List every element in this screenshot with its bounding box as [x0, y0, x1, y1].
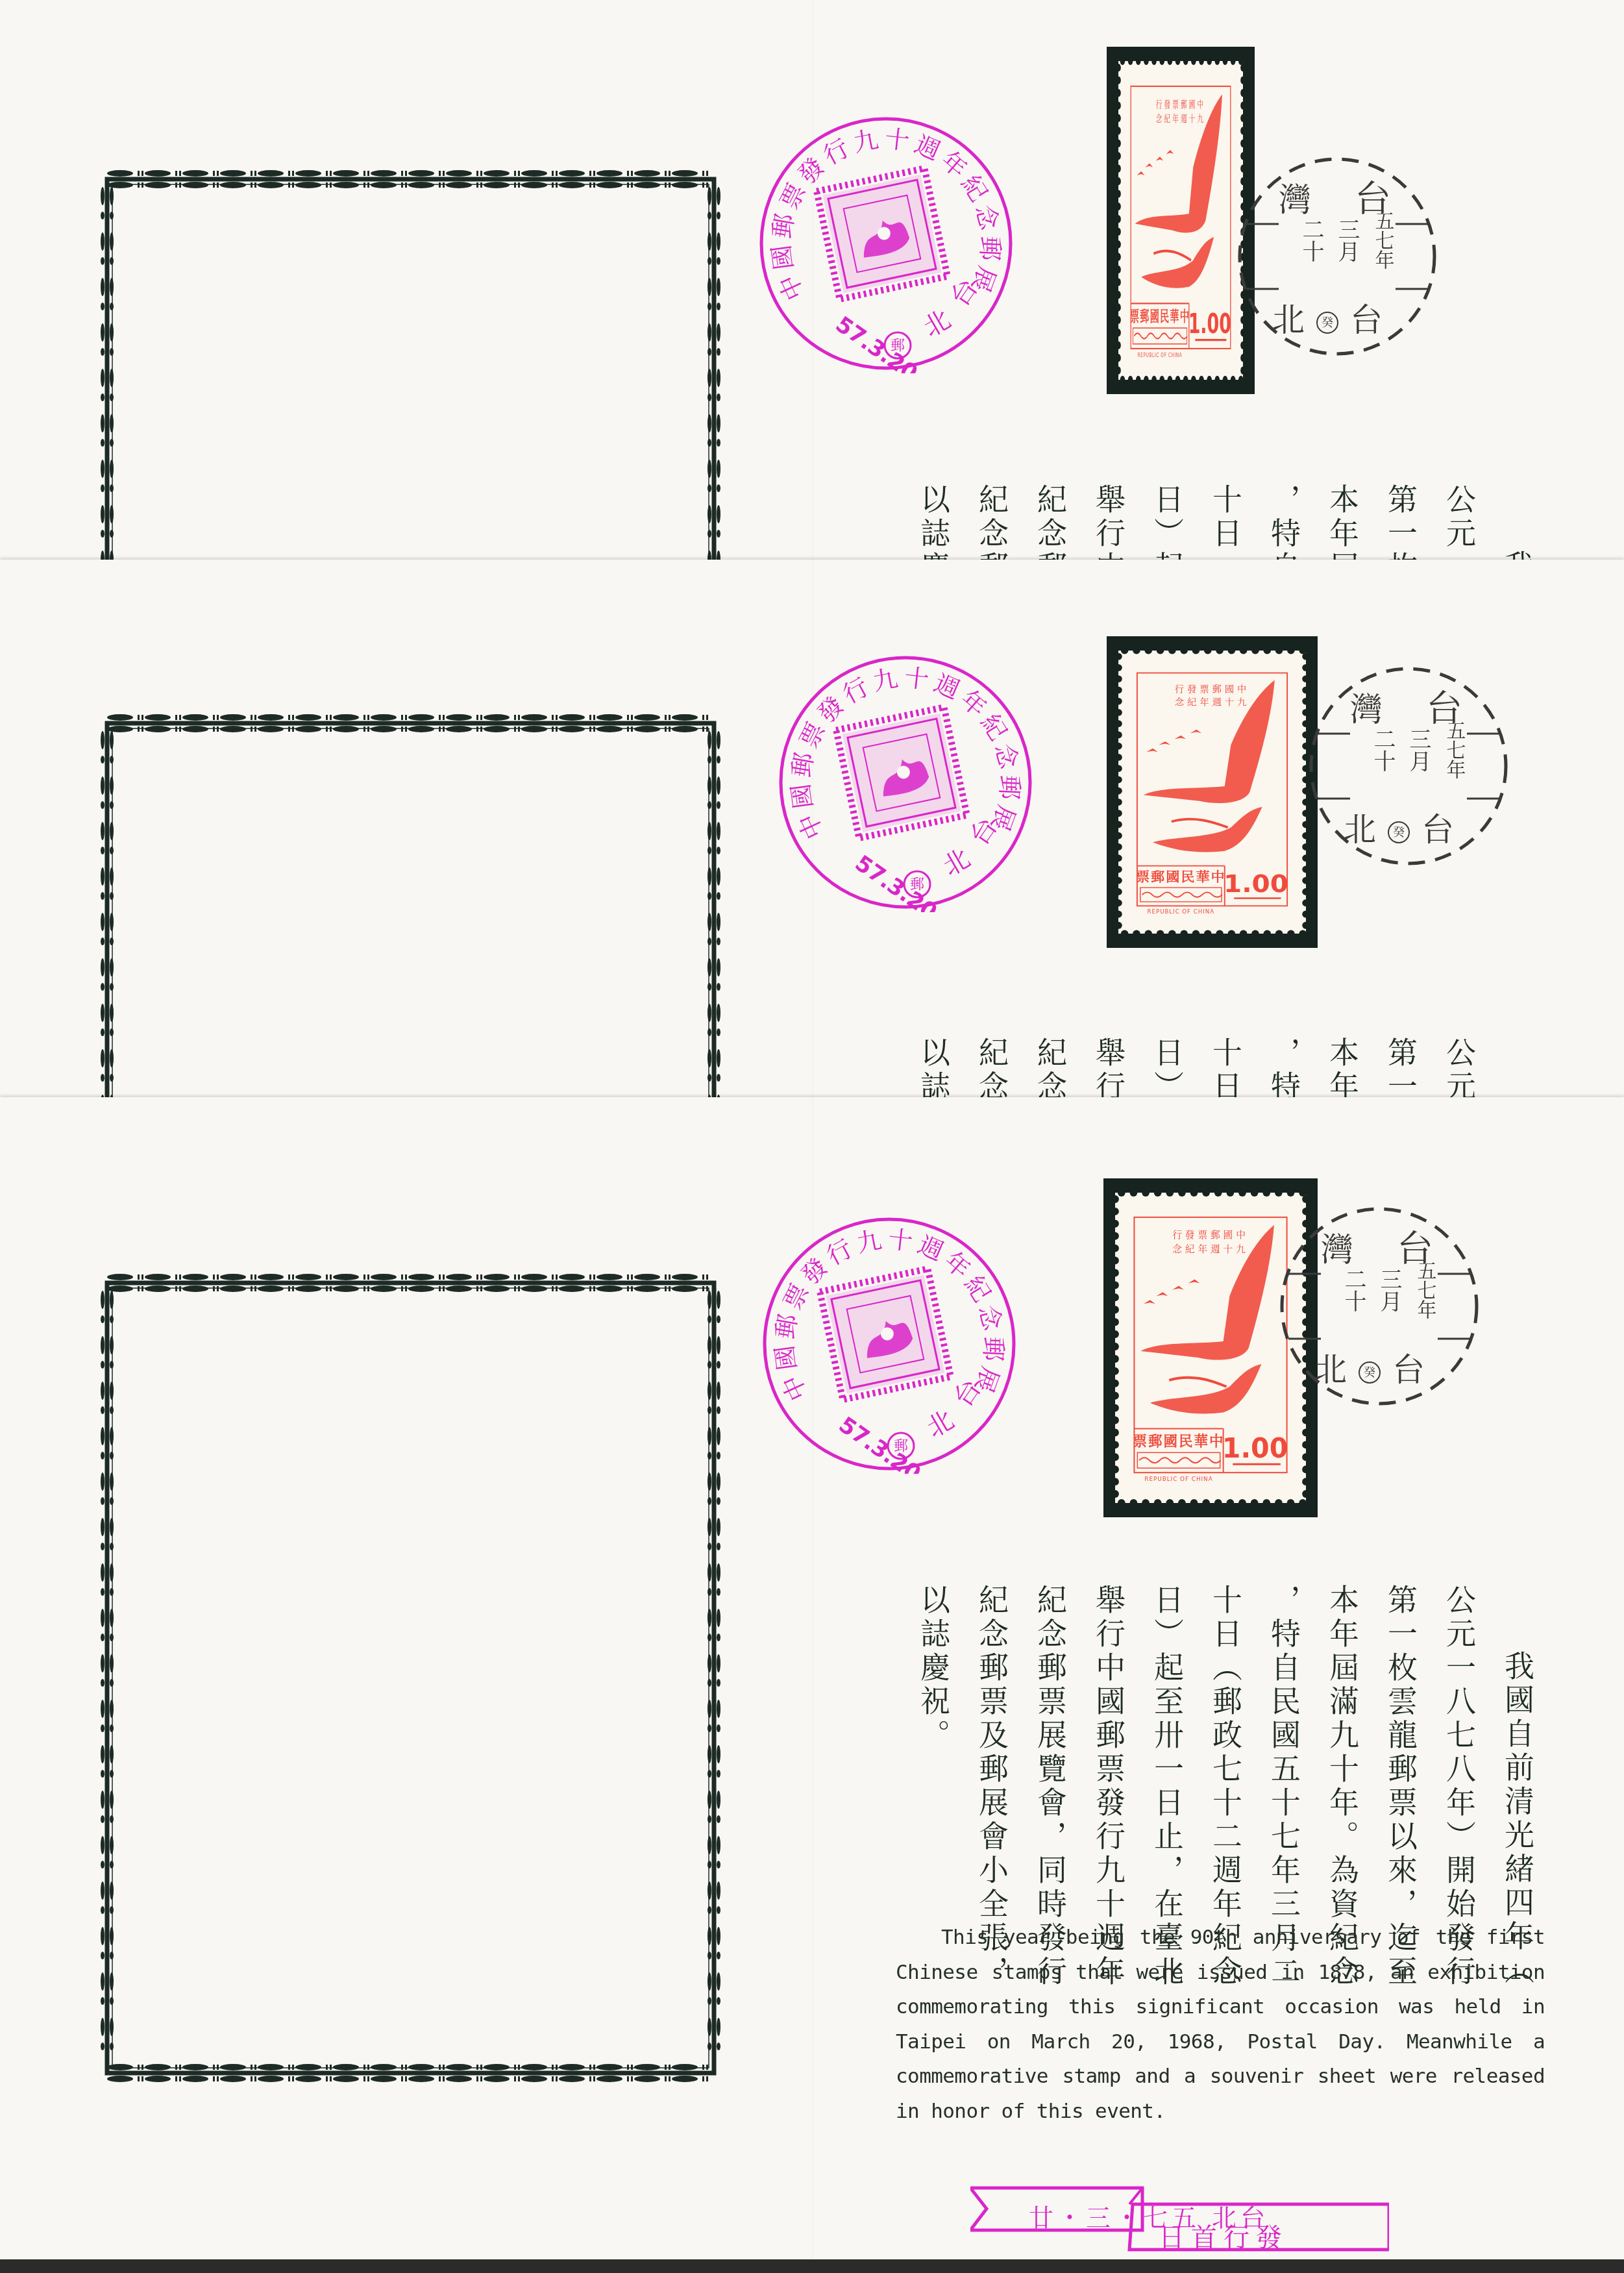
- text-column: 公元一八七八年）開始發行: [1436, 484, 1483, 571]
- svg-text:REPUBLIC OF CHINA: REPUBLIC OF CHINA: [1148, 908, 1215, 915]
- svg-text:十: 十: [887, 1225, 915, 1256]
- ribbon-first-day-label: 日首行發: [1159, 2217, 1288, 2254]
- text-column: 我國自前清光緒四年（: [1495, 484, 1542, 571]
- svg-text:行發票郵國中: 行發票郵國中: [1156, 98, 1206, 110]
- svg-text:發: 發: [796, 1252, 833, 1290]
- svg-text:念紀年週十九: 念紀年週十九: [1175, 697, 1250, 707]
- svg-text:癸: 癸: [1322, 316, 1333, 330]
- souvenir-card-bottom: 中國郵票發行九十週年紀念郵展 57.3.20-31 郵 北 台 行發票郵國中 念…: [0, 1097, 1624, 2259]
- chinese-text-block: 我國自前清光緒四年（公元一八七八年）開始發行第一枚雲龍郵票以來，迄至本年屆滿九十…: [899, 484, 1542, 571]
- text-column: 第一枚雲龍郵票以來，迄至: [1378, 484, 1425, 571]
- svg-text:二十: 二十: [1340, 1268, 1366, 1312]
- svg-text:週: 週: [914, 1230, 948, 1266]
- svg-text:紀: 紀: [976, 709, 1013, 745]
- svg-text:三月: 三月: [1376, 1268, 1402, 1312]
- svg-text:1.00: 1.00: [1224, 870, 1288, 899]
- english-description: This year being the 90th anniversary of …: [896, 1920, 1545, 2129]
- svg-text:國: 國: [770, 1344, 802, 1372]
- svg-text:台: 台: [1392, 1351, 1425, 1389]
- svg-text:郵: 郵: [787, 751, 819, 780]
- ornamental-frame: [101, 1274, 720, 2082]
- svg-text:行: 行: [838, 672, 873, 709]
- text-column: 本年屆滿九十年。為資紀念: [1320, 484, 1366, 571]
- svg-text:郵: 郵: [770, 1312, 803, 1341]
- svg-text:中: 中: [777, 1371, 813, 1405]
- svg-text:台: 台: [1350, 301, 1383, 339]
- svg-text:十: 十: [903, 664, 931, 695]
- text-column: 以誌慶祝。: [911, 484, 957, 571]
- svg-text:念紀年週十九: 念紀年週十九: [1156, 113, 1206, 125]
- commemorative-postmark: 中國郵票發行九十週年紀念郵展 57.3.20-31 郵 北 台: [759, 1214, 1019, 1474]
- commemorative-postmark: 中國郵票發行九十週年紀念郵展 57.3.20-31 郵 北 台: [776, 652, 1035, 912]
- text-column: 日）起至卅一日止，在臺北: [1144, 484, 1191, 571]
- svg-text:五七年: 五七年: [1372, 211, 1394, 269]
- svg-text:十: 十: [883, 125, 911, 156]
- svg-text:北: 北: [922, 1405, 959, 1444]
- svg-text:票郵國民華中: 票郵國民華中: [1130, 307, 1190, 325]
- svg-text:郵: 郵: [894, 1438, 908, 1454]
- svg-text:灣: 灣: [1350, 691, 1383, 728]
- svg-text:念: 念: [973, 1302, 1007, 1334]
- goose-stamp: 行發票郵國中 念紀年週十九 票郵國民華中 1.00 REPUBLIC OF CH…: [1118, 61, 1243, 380]
- svg-text:三月: 三月: [1405, 728, 1431, 772]
- svg-text:灣: 灣: [1321, 1231, 1353, 1269]
- svg-text:五七年: 五七年: [1443, 721, 1466, 779]
- svg-text:郵: 郵: [975, 236, 1005, 262]
- svg-text:REPUBLIC OF CHINA: REPUBLIC OF CHINA: [1138, 352, 1183, 359]
- svg-text:票郵國民華中: 票郵國民華中: [1136, 870, 1226, 885]
- stamp-mount: 行發票郵國中 念紀年週十九 票郵國民華中 1.00 REPUBLIC OF CH…: [1107, 636, 1318, 948]
- svg-text:灣: 灣: [1279, 181, 1311, 219]
- svg-text:北: 北: [938, 843, 976, 882]
- svg-text:中: 中: [774, 270, 810, 304]
- svg-text:念紀年週十九: 念紀年週十九: [1172, 1243, 1248, 1255]
- svg-text:中: 中: [793, 809, 830, 843]
- text-column: 紀念郵票展覽會，同時發行: [1027, 484, 1074, 571]
- svg-text:郵: 郵: [978, 1336, 1008, 1362]
- svg-text:念: 念: [970, 202, 1003, 234]
- svg-text:北: 北: [1314, 1351, 1347, 1389]
- svg-text:REPUBLIC OF CHINA: REPUBLIC OF CHINA: [1144, 1476, 1212, 1483]
- text-column: 十日（郵政七十二週年紀念: [1203, 484, 1249, 571]
- svg-text:票: 票: [794, 717, 831, 752]
- svg-text:念: 念: [989, 741, 1023, 773]
- ornamental-frame: [101, 714, 720, 1118]
- svg-text:郵: 郵: [767, 212, 800, 241]
- svg-text:行發票郵國中: 行發票郵國中: [1175, 684, 1250, 694]
- svg-text:三月: 三月: [1334, 218, 1360, 262]
- svg-text:癸: 癸: [1364, 1366, 1375, 1380]
- svg-text:二十: 二十: [1298, 218, 1324, 262]
- svg-text:郵: 郵: [910, 876, 924, 893]
- svg-text:北: 北: [1344, 811, 1376, 849]
- souvenir-card-top: 中國郵票發行九十週年紀念郵展 57.3.20-31 郵 北 台 行發票郵國中 念…: [0, 0, 1624, 571]
- svg-text:國: 國: [787, 782, 818, 811]
- text-column: 紀念郵票及郵展會小全張，: [969, 484, 1016, 571]
- svg-text:九: 九: [870, 664, 900, 697]
- svg-text:紀: 紀: [956, 170, 993, 206]
- svg-text:行: 行: [822, 1234, 857, 1271]
- svg-text:週: 週: [930, 669, 964, 704]
- ornamental-frame: [101, 170, 720, 571]
- cancel-postmark: 台 灣 五七年 三月 二十 台 北 癸: [1298, 656, 1519, 876]
- text-column: 舉行中國郵票發行九十週年: [1086, 484, 1133, 571]
- svg-text:1.00: 1.00: [1188, 308, 1231, 340]
- svg-text:台: 台: [1421, 811, 1454, 849]
- text-column: ，特自民國五十七年三月二: [1261, 484, 1308, 571]
- svg-text:發: 發: [812, 691, 850, 728]
- svg-text:九: 九: [854, 1225, 884, 1258]
- souvenir-card-middle: 中國郵票發行九十週年紀念郵展 57.3.20-31 郵 北 台 行發票郵國中 念…: [0, 560, 1624, 1118]
- svg-text:票: 票: [775, 179, 811, 214]
- cancel-postmark: 台 灣 五七年 三月 二十 台 北 癸: [1227, 146, 1447, 367]
- svg-text:行: 行: [818, 133, 854, 170]
- svg-text:行發票郵國中: 行發票郵國中: [1172, 1230, 1248, 1241]
- svg-text:紀: 紀: [959, 1271, 996, 1307]
- svg-text:國: 國: [767, 243, 799, 272]
- svg-text:1.00: 1.00: [1222, 1432, 1288, 1464]
- svg-text:郵: 郵: [994, 775, 1024, 801]
- svg-text:北: 北: [918, 304, 956, 343]
- svg-text:五七年: 五七年: [1414, 1261, 1436, 1319]
- svg-text:週: 週: [911, 130, 944, 166]
- svg-text:北: 北: [1272, 301, 1305, 339]
- svg-text:票郵國民華中: 票郵國民華中: [1133, 1433, 1224, 1450]
- cancel-postmark: 台 灣 五七年 三月 二十 台 北 癸: [1269, 1196, 1490, 1417]
- svg-text:郵: 郵: [891, 338, 905, 354]
- goose-stamp: 行發票郵國中 念紀年週十九 票郵國民華中 1.00 REPUBLIC OF CH…: [1118, 651, 1306, 934]
- svg-text:發: 發: [793, 152, 830, 190]
- svg-text:九: 九: [851, 125, 881, 158]
- svg-text:二十: 二十: [1370, 728, 1396, 772]
- svg-text:票: 票: [778, 1279, 815, 1314]
- commemorative-postmark: 中國郵票發行九十週年紀念郵展 57.3.20-31 郵 北 台: [756, 114, 1016, 373]
- svg-text:癸: 癸: [1393, 826, 1405, 839]
